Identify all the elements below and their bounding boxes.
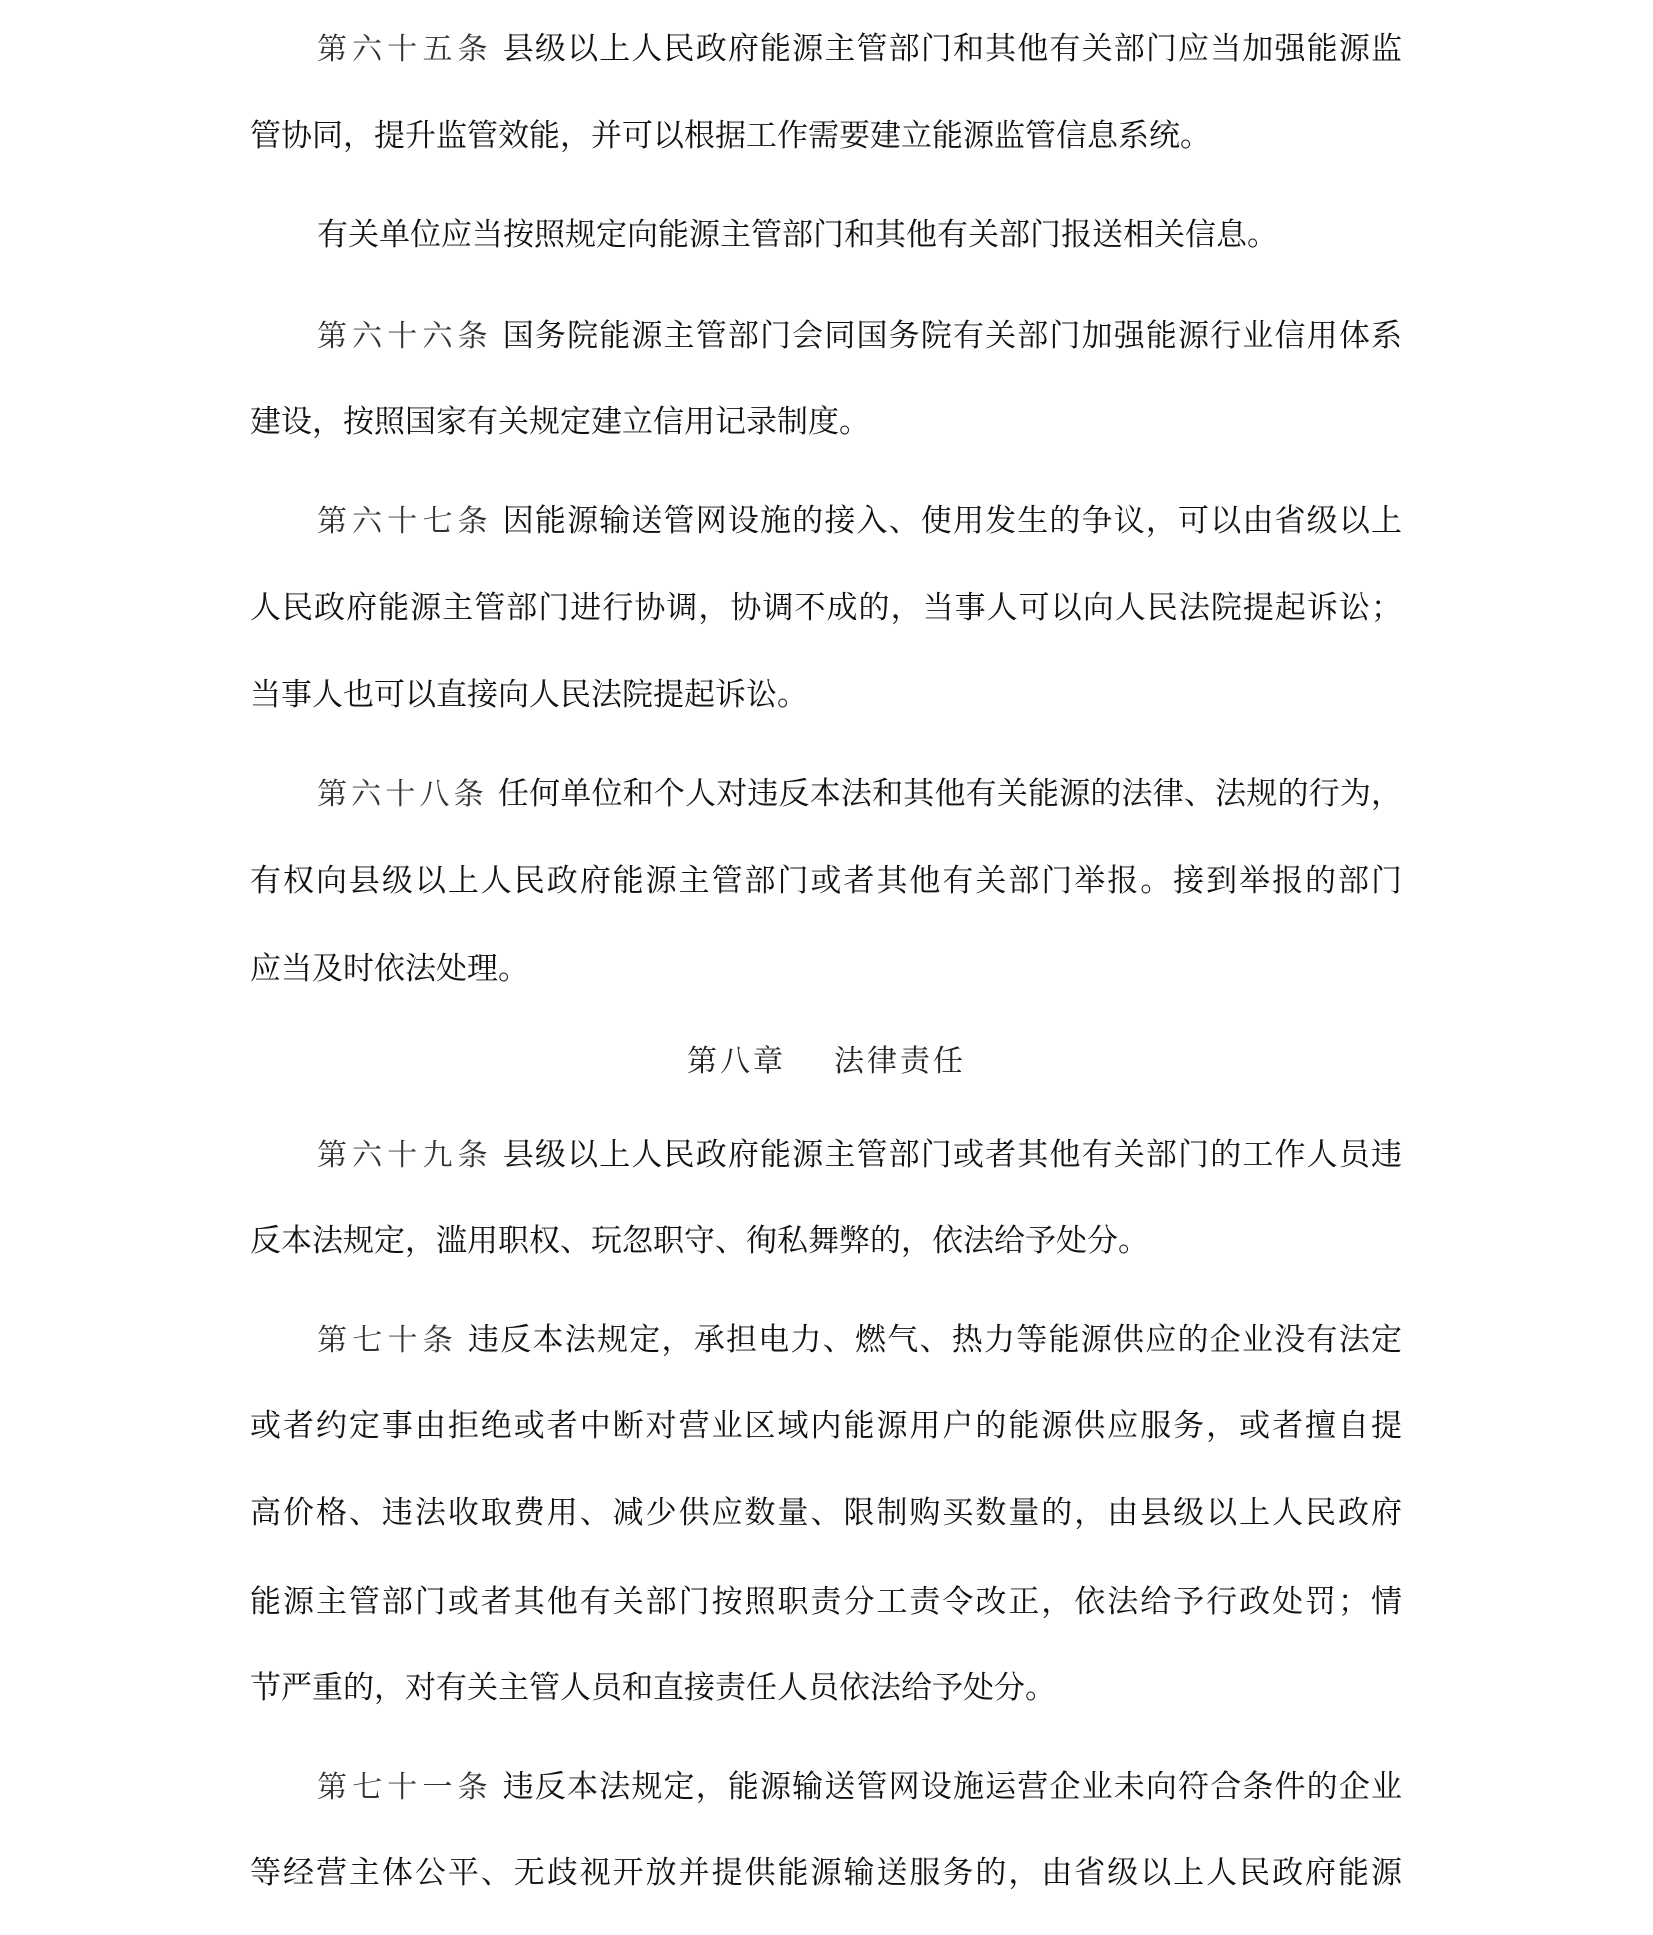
article-label: 第六十五条 [317,32,493,67]
article-label: 第六十七条 [317,504,493,539]
article-label: 第七十条 [317,1323,458,1358]
article-label: 第六十九条 [317,1138,493,1173]
article-69-line-1: 第六十九条县级以上人民政府能源主管部门或者其他有关部门的工作人员违 [317,1135,1402,1175]
article-68-line-2: 有权向县级以上人民政府能源主管部门或者其他有关部门举报。接到举报的部门 [250,861,1402,901]
article-70-line-2: 或者约定事由拒绝或者中断对营业区域内能源用户的能源供应服务，或者擅自提 [250,1406,1402,1446]
article-label: 第七十一条 [317,1770,493,1805]
article-65-line-2: 管协同，提升监管效能，并可以根据工作需要建立能源监管信息系统。 [250,116,1402,156]
paragraph-text: 县级以上人民政府能源主管部门或者其他有关部门的工作人员违 [503,1137,1402,1173]
paragraph-text: 违反本法规定，承担电力、燃气、热力等能源供应的企业没有法定 [468,1322,1402,1358]
article-70-line-3: 高价格、违法收取费用、减少供应数量、限制购买数量的，由县级以上人民政府 [250,1493,1402,1533]
document-page: 第六十五条县级以上人民政府能源主管部门和其他有关部门应当加强能源监 管协同，提升… [0,0,1653,1935]
article-68-line-1: 第六十八条任何单位和个人对违反本法和其他有关能源的法律、法规的行为， [317,774,1402,814]
article-67-line-3: 当事人也可以直接向人民法院提起诉讼。 [250,675,1402,715]
article-71-line-2: 等经营主体公平、无歧视开放并提供能源输送服务的，由省级以上人民政府能源 [250,1853,1402,1893]
article-71-line-1: 第七十一条违反本法规定，能源输送管网设施运营企业未向符合条件的企业 [317,1767,1402,1807]
article-66-line-1: 第六十六条国务院能源主管部门会同国务院有关部门加强能源行业信用体系 [317,316,1402,356]
article-67-line-2: 人民政府能源主管部门进行协调，协调不成的，当事人可以向人民法院提起诉讼； [250,588,1402,628]
article-68-line-3: 应当及时依法处理。 [250,949,1402,989]
report-info-line-1: 有关单位应当按照规定向能源主管部门和其他有关部门报送相关信息。 [317,215,1402,255]
article-70-line-4: 能源主管部门或者其他有关部门按照职责分工责令改正，依法给予行政处罚；情 [250,1582,1402,1622]
chapter-title: 法律责任 [834,1044,966,1079]
paragraph-text: 县级以上人民政府能源主管部门和其他有关部门应当加强能源监 [503,31,1402,67]
article-label: 第六十六条 [317,319,493,354]
article-69-line-2: 反本法规定，滥用职权、玩忽职守、徇私舞弊的，依法给予处分。 [250,1221,1402,1261]
article-70-line-1: 第七十条违反本法规定，承担电力、燃气、热力等能源供应的企业没有法定 [317,1320,1402,1360]
article-66-line-2: 建设，按照国家有关规定建立信用记录制度。 [250,402,1402,442]
article-70-line-5: 节严重的，对有关主管人员和直接责任人员依法给予处分。 [250,1668,1402,1708]
paragraph-text: 因能源输送管网设施的接入、使用发生的争议，可以由省级以上 [503,503,1402,539]
chapter-number: 第八章 [687,1044,786,1079]
chapter-heading: 第八章法律责任 [0,1042,1653,1082]
paragraph-text: 任何单位和个人对违反本法和其他有关能源的法律、法规的行为， [498,776,1402,812]
paragraph-text: 国务院能源主管部门会同国务院有关部门加强能源行业信用体系 [503,318,1402,354]
article-67-line-1: 第六十七条因能源输送管网设施的接入、使用发生的争议，可以由省级以上 [317,501,1402,541]
article-label: 第六十八条 [317,777,488,812]
article-65-line-1: 第六十五条县级以上人民政府能源主管部门和其他有关部门应当加强能源监 [317,29,1402,69]
paragraph-text: 违反本法规定，能源输送管网设施运营企业未向符合条件的企业 [503,1769,1402,1805]
